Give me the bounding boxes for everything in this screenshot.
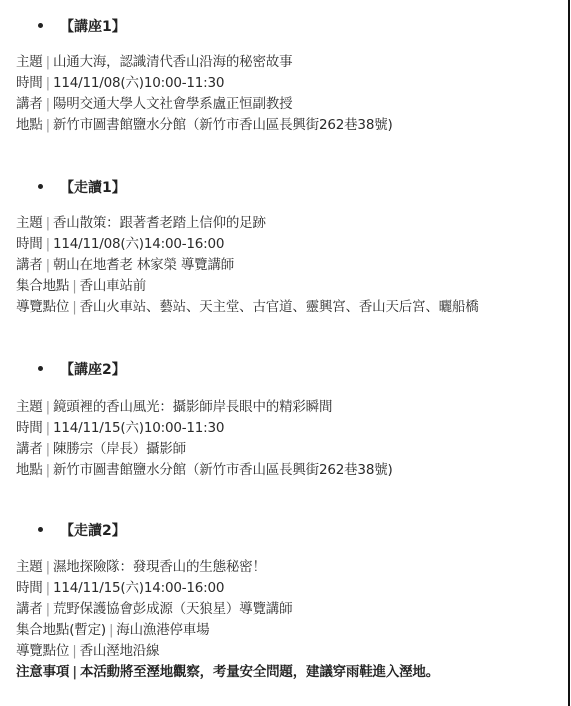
row-meeting-point: 集合地點(暫定)|海山漁港停車場 — [16, 620, 439, 641]
row-label: 時間 — [16, 236, 43, 252]
section-heading: 【講座2】 — [38, 359, 126, 381]
row-value: 香山車站前 — [80, 278, 147, 294]
row-label: 講者 — [16, 441, 43, 457]
row-time: 時間|114/11/15(六)10:00-11:30 — [16, 418, 393, 439]
detail-rows: 主題|鏡頭裡的香山風光：攝影師岸長眼中的精彩瞬間 時間|114/11/15(六)… — [16, 397, 393, 481]
row-value: 香山散策：跟著耆老踏上信仰的足跡 — [53, 215, 266, 231]
row-value: 海山漁港停車場 — [116, 622, 209, 638]
row-location: 地點|新竹市圖書館鹽水分館（新竹市香山區長興街262巷38號) — [16, 115, 393, 136]
separator: | — [46, 75, 50, 91]
row-value: 鏡頭裡的香山風光：攝影師岸長眼中的精彩瞬間 — [53, 399, 332, 415]
detail-rows: 主題|濕地探險隊：發現香山的生態秘密！ 時間|114/11/15(六)14:00… — [16, 557, 439, 683]
row-label: 講者 — [16, 601, 43, 617]
separator: | — [46, 462, 50, 478]
row-label: 主題 — [16, 399, 43, 415]
separator: | — [46, 399, 50, 415]
heading-text: 【講座2】 — [60, 362, 126, 378]
row-value: 陽明交通大學人文社會學系盧正恒副教授 — [53, 96, 292, 112]
section-heading: 【走讀2】 — [38, 520, 126, 542]
row-value: 本活動將至溼地觀察，考量安全問題，建議穿雨鞋進入溼地。 — [80, 664, 439, 680]
row-value: 朝山在地耆老 林家榮 導覽講師 — [53, 257, 234, 273]
row-value: 荒野保護協會彭成源（天狼星）導覽講師 — [53, 601, 292, 617]
row-speaker: 講者|陽明交通大學人文社會學系盧正恒副教授 — [16, 94, 393, 115]
row-label: 講者 — [16, 257, 43, 273]
row-time: 時間|114/11/15(六)14:00-16:00 — [16, 578, 439, 599]
row-label: 時間 — [16, 580, 43, 596]
row-topic: 主題|山通大海，認識清代香山沿海的秘密故事 — [16, 52, 393, 73]
separator: | — [72, 664, 77, 680]
separator: | — [72, 299, 76, 315]
row-label: 時間 — [16, 420, 43, 436]
detail-rows: 主題|山通大海，認識清代香山沿海的秘密故事 時間|114/11/08(六)10:… — [16, 52, 393, 136]
separator: | — [46, 117, 50, 133]
row-value: 114/11/15(六)14:00-16:00 — [53, 580, 224, 596]
row-label: 導覽點位 — [16, 643, 69, 659]
row-label: 時間 — [16, 75, 43, 91]
row-label: 注意事項 — [16, 664, 69, 680]
row-value: 新竹市圖書館鹽水分館（新竹市香山區長興街262巷38號) — [53, 117, 393, 133]
row-meeting-point: 集合地點|香山車站前 — [16, 276, 479, 297]
row-value: 山通大海，認識清代香山沿海的秘密故事 — [53, 54, 292, 70]
separator: | — [46, 580, 50, 596]
row-speaker: 講者|朝山在地耆老 林家榮 導覽講師 — [16, 255, 479, 276]
separator: | — [46, 559, 50, 575]
row-value: 香山火車站、藝站、天主堂、古官道、靈興宮、香山天后宮、曬船橋 — [80, 299, 479, 315]
row-label: 主題 — [16, 559, 43, 575]
separator: | — [46, 441, 50, 457]
row-label: 集合地點 — [16, 278, 69, 294]
bullet-icon — [38, 23, 43, 28]
row-label: 地點 — [16, 462, 43, 478]
separator: | — [46, 601, 50, 617]
row-label: 集合地點(暫定) — [16, 622, 106, 638]
row-tour-stops: 導覽點位|香山火車站、藝站、天主堂、古官道、靈興宮、香山天后宮、曬船橋 — [16, 297, 479, 318]
section-heading: 【走讀1】 — [38, 177, 126, 199]
heading-text: 【走讀1】 — [60, 180, 126, 196]
row-value: 114/11/15(六)10:00-11:30 — [53, 420, 224, 436]
row-label: 主題 — [16, 54, 43, 70]
row-value: 新竹市圖書館鹽水分館（新竹市香山區長興街262巷38號) — [53, 462, 393, 478]
heading-text: 【走讀2】 — [60, 523, 126, 539]
row-topic: 主題|鏡頭裡的香山風光：攝影師岸長眼中的精彩瞬間 — [16, 397, 393, 418]
page-right-border — [568, 0, 570, 706]
separator: | — [46, 420, 50, 436]
row-label: 地點 — [16, 117, 43, 133]
row-notice: 注意事項|本活動將至溼地觀察，考量安全問題，建議穿雨鞋進入溼地。 — [16, 662, 439, 683]
bullet-icon — [38, 527, 43, 532]
row-topic: 主題|濕地探險隊：發現香山的生態秘密！ — [16, 557, 439, 578]
bullet-icon — [38, 184, 43, 189]
row-value: 114/11/08(六)14:00-16:00 — [53, 236, 224, 252]
row-label: 講者 — [16, 96, 43, 112]
row-speaker: 講者|荒野保護協會彭成源（天狼星）導覽講師 — [16, 599, 439, 620]
row-time: 時間|114/11/08(六)14:00-16:00 — [16, 234, 479, 255]
bullet-icon — [38, 366, 43, 371]
row-location: 地點|新竹市圖書館鹽水分館（新竹市香山區長興街262巷38號) — [16, 460, 393, 481]
separator: | — [72, 643, 76, 659]
row-time: 時間|114/11/08(六)10:00-11:30 — [16, 73, 393, 94]
heading-text: 【講座1】 — [60, 19, 126, 35]
separator: | — [72, 278, 76, 294]
separator: | — [46, 236, 50, 252]
detail-rows: 主題|香山散策：跟著耆老踏上信仰的足跡 時間|114/11/08(六)14:00… — [16, 213, 479, 318]
section-heading: 【講座1】 — [38, 16, 126, 38]
separator: | — [109, 622, 113, 638]
row-value: 香山溼地沿線 — [80, 643, 160, 659]
separator: | — [46, 215, 50, 231]
row-tour-stops: 導覽點位|香山溼地沿線 — [16, 641, 439, 662]
row-speaker: 講者|陳勝宗（岸長）攝影師 — [16, 439, 393, 460]
row-value: 濕地探險隊：發現香山的生態秘密！ — [53, 559, 266, 575]
separator: | — [46, 257, 50, 273]
row-topic: 主題|香山散策：跟著耆老踏上信仰的足跡 — [16, 213, 479, 234]
row-label: 主題 — [16, 215, 43, 231]
row-value: 陳勝宗（岸長）攝影師 — [53, 441, 186, 457]
separator: | — [46, 96, 50, 112]
separator: | — [46, 54, 50, 70]
row-label: 導覽點位 — [16, 299, 69, 315]
row-value: 114/11/08(六)10:00-11:30 — [53, 75, 224, 91]
